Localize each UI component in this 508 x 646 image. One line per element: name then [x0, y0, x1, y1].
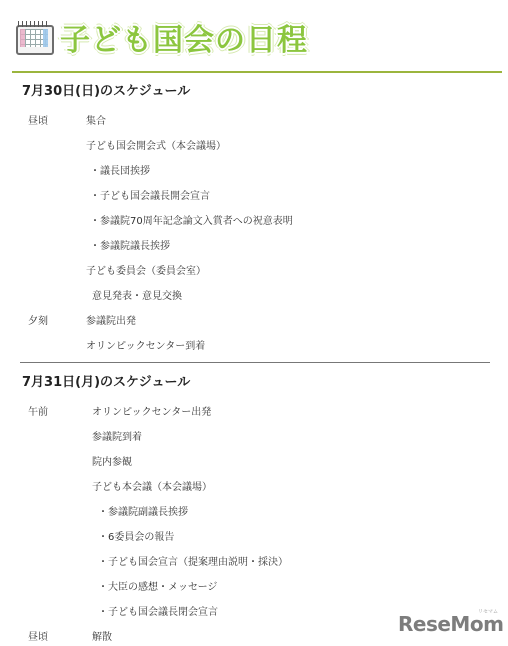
- resemom-logo-sub: リセマム: [478, 608, 498, 615]
- schedule-item: ・6委員会の報告: [98, 528, 174, 543]
- schedule-item: ・子ども国会議長開会宣言: [90, 187, 210, 202]
- day2-time: 午前: [28, 403, 48, 418]
- schedule-item: オリンピックセンター出発: [92, 403, 211, 418]
- calendar-icon: [14, 19, 54, 55]
- day2-heading: 7月31日(月)のスケジュール: [22, 371, 190, 390]
- page-title: 子ども国会の日程: [60, 15, 308, 59]
- schedule-item: 子ども本会議（本会議場）: [92, 478, 212, 493]
- schedule-item: 子ども委員会（委員会室）: [86, 262, 206, 277]
- day1-time: 夕刻: [28, 312, 48, 327]
- schedule-item: 参議院到着: [92, 428, 142, 443]
- day2-time: 昼頃: [28, 628, 48, 643]
- day1-time: 昼頃: [28, 112, 48, 127]
- schedule-item: オリンピックセンター到着: [86, 337, 205, 352]
- section-divider: [20, 362, 490, 363]
- title-divider: [12, 71, 502, 73]
- schedule-item: ・参議院副議長挨拶: [98, 503, 188, 518]
- schedule-item: 子ども国会開会式（本会議場）: [86, 137, 226, 152]
- schedule-item: ・議長団挨拶: [90, 162, 150, 177]
- schedule-item: 意見発表・意見交換: [92, 287, 182, 302]
- schedule-item: ・大臣の感想・メッセージ: [98, 578, 217, 593]
- schedule-item: ・参議院議長挨拶: [90, 237, 170, 252]
- schedule-item: ・子ども国会宣言（提案理由説明・採決）: [98, 553, 288, 568]
- schedule-item: 解散: [92, 628, 112, 643]
- resemom-logo: ReseMom: [398, 612, 503, 636]
- day1-heading: 7月30日(日)のスケジュール: [22, 80, 190, 99]
- schedule-item: 院内参観: [92, 453, 132, 468]
- schedule-item: ・子ども国会議長閉会宣言: [98, 603, 218, 618]
- schedule-item: 参議院出発: [86, 312, 136, 327]
- page-banner: 子ども国会の日程: [14, 16, 308, 58]
- schedule-item: 集合: [86, 112, 106, 127]
- schedule-item: ・参議院70周年記念論文入賞者への祝意表明: [90, 212, 293, 227]
